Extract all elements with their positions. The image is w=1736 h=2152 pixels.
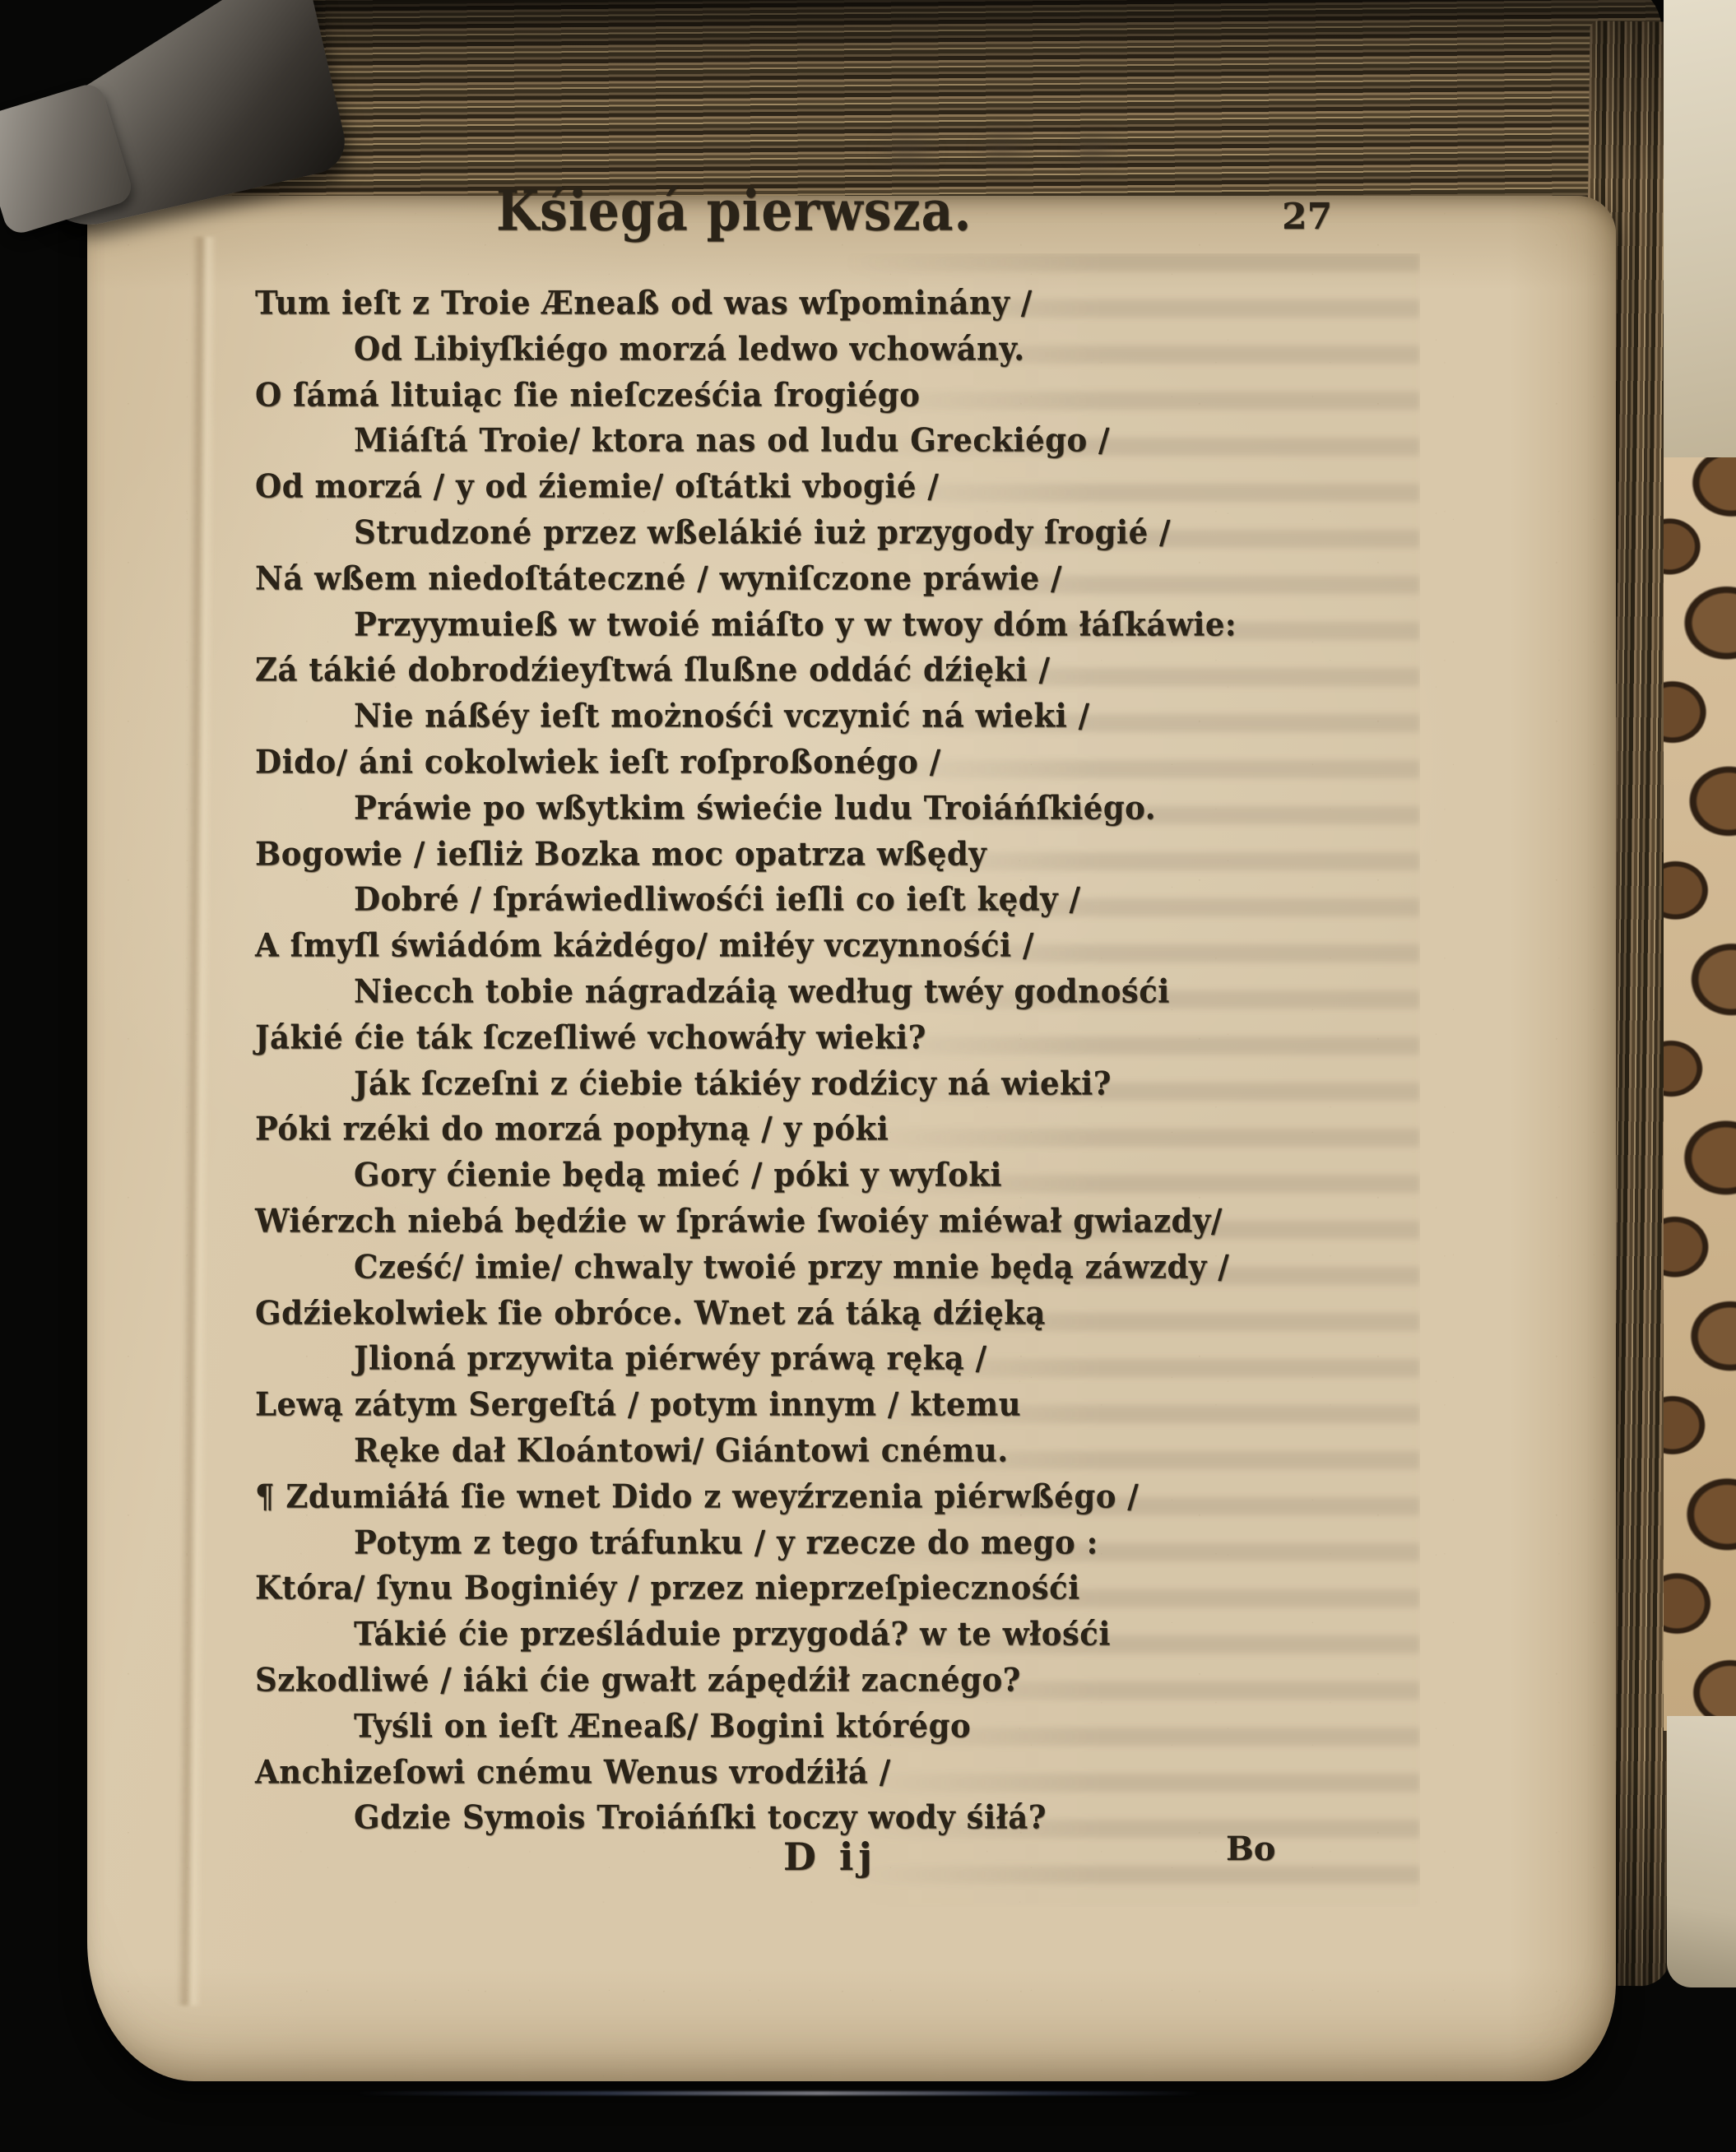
verse-line: O ſámá lituiąc ſie nieſcześćia ſrogiégo [255, 371, 1489, 420]
verse-line: Tákié ćie prześláduie przygodá? w te wło… [255, 1611, 1489, 1659]
verse-line: Potym z tego tráfunku / y rzecze do mego… [255, 1519, 1489, 1567]
verse-line: Niecch tobie nágradzáią według twéy godn… [255, 968, 1489, 1017]
verse-line: Cześć/ imie/ chwaly twoié przy mnie będą… [255, 1243, 1489, 1292]
verse-line: Od morzá / y od źiemie/ oſtátki vbogié / [255, 463, 1489, 512]
verse-line: Wiérzch niebá będźie w ſpráwie ſwoiéy mi… [255, 1198, 1489, 1246]
verse-line: Lewą zátym Sergeſtá / potym innym / ktem… [255, 1381, 1489, 1430]
verse-line: Miáſtá Troie/ ktora nas od ludu Greckiég… [255, 417, 1489, 466]
verse-line: Zá tákié dobrodźieyſtwá ſlußne oddáć dźi… [255, 647, 1489, 695]
marbled-cover-board [1664, 457, 1736, 1731]
verse-line: Od Libiyſkiégo morzá ledwo vchowány. [255, 325, 1489, 373]
verse-line: Práwie po wßytkim świećie ludu Troiáńſki… [255, 784, 1489, 833]
running-header: Kśiegá pierwsza. [496, 179, 972, 243]
verse-line: Ják ſczeſni z ćiebie tákiéy rodźicy ná w… [255, 1060, 1489, 1108]
verse-line: Dido/ áni cokolwiek ieſt roſproßonégo / [255, 739, 1489, 787]
page-number: 27 [1282, 196, 1332, 238]
verse-line: Anchizeſowi cnému Wenus vrodźiłá / [255, 1748, 1489, 1797]
scan-light-glint [354, 2091, 1201, 2095]
book-page: Kśiegá pierwsza. 27 Tum ieſt z Troie Æne… [87, 196, 1616, 2081]
verse-line: Gory ćienie będą mieć / póki y wyſoki [255, 1152, 1489, 1200]
verse-line: Jlioná przywita piérwéy práwą ręką / [255, 1335, 1489, 1384]
verse-line: Tum ieſt z Troie Æneaß od was wſpominány… [255, 280, 1489, 328]
verse-line: Jákié ćie ták ſczeſliwé vchowáły wieki? [255, 1013, 1489, 1062]
verse-line: Ręke dał Kloántowi/ Giántowi cnému. [255, 1427, 1489, 1476]
verse-line: Dobré / ſpráwiedliwośći ieſli co ieſt kę… [255, 876, 1489, 925]
ghost-header-bleedthrough [852, 109, 1124, 188]
verse-line: Nie náßéy ieſt możnośći vczynić ná wieki… [255, 693, 1489, 741]
verse-line: A ſmyſl świádóm káżdégo/ miłéy vczynność… [255, 922, 1489, 971]
verse-line: Tyśli on ieſt Æneaß/ Bogini którégo [255, 1702, 1489, 1751]
verse-line: Póki rzéki do morzá popłyną / y póki [255, 1106, 1489, 1154]
verse-line: Gdźiekolwiek ſie obróce. Wnet zá táką dź… [255, 1289, 1489, 1338]
verse-line: Przyymuieß w twoié miáſto y w twoy dóm ł… [255, 601, 1489, 649]
endpaper-bottom-right [1667, 1716, 1736, 1987]
verse-lines: Tum ieſt z Troie Æneaß od was wſpominány… [255, 281, 1489, 1841]
gathering-signature: D ij [783, 1834, 877, 1879]
endpaper-top-right [1664, 0, 1736, 494]
verse-line: ¶ Zdumiáłá ſie wnet Dido z weyźrzenia pi… [255, 1473, 1489, 1521]
verse-line: Która/ ſynu Boginiéy / przez nieprzeſpie… [255, 1565, 1489, 1613]
scanned-book-photo: Kśiegá pierwsza. 27 Tum ieſt z Troie Æne… [0, 0, 1736, 2152]
verse-line: Szkodliwé / iáki ćie gwałt zápędźił zacn… [255, 1657, 1489, 1705]
catchword: Bo [1226, 1830, 1276, 1868]
verse-line: Strudzoné przez wßelákié iuż przygody ſr… [255, 509, 1489, 558]
verse-line: Bogowie / ieſliż Bozka moc opatrza wßędy [255, 830, 1489, 879]
verse-line: Ná wßem niedoſtáteczné / wyniſczone práw… [255, 554, 1489, 603]
